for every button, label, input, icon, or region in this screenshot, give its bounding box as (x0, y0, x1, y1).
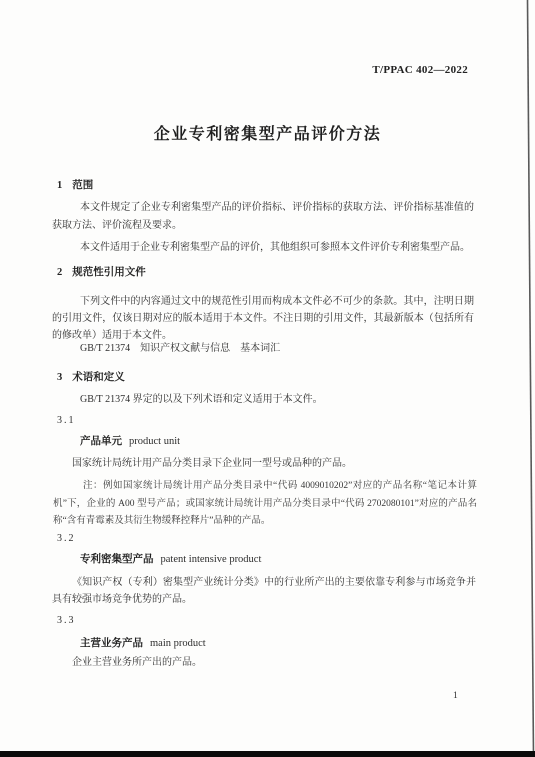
term-3-1-number: 3.1 (57, 415, 76, 426)
page-number: 1 (453, 691, 458, 701)
reference-gbt-21374: GB/T 21374 知识产权文献与信息 基本词汇 (80, 339, 280, 354)
term-3-2-name: 专利密集型产品patent intensive product (80, 551, 261, 566)
term-3-1-definition: 国家统计局统计用产品分类目录下企业同一型号或品种的产品。 (52, 455, 476, 472)
term-3-1-name-en: product unit (129, 436, 180, 447)
section-2-heading: 2规范性引用文件 (57, 264, 146, 279)
term-3-3-number: 3.3 (57, 615, 76, 626)
section-3-number: 3 (57, 372, 62, 383)
terms-intro: GB/T 21374 界定的以及下列术语和定义适用于本文件。 (52, 391, 474, 409)
term-3-2-definition: 《知识产权（专利）密集型产业统计分类》中的行业所产出的主要依靠专利参与市场竞争并… (52, 574, 476, 608)
section-1-heading: 1范围 (57, 177, 93, 192)
scope-paragraph-1: 本文件规定了企业专利密集型产品的评价指标、评价指标的获取方法、评价指标基准值的获… (52, 199, 474, 235)
references-paragraph: 下列文件中的内容通过文中的规范性引用而构成本文件必不可少的条款。其中，注明日期的… (52, 293, 474, 344)
doc-code: T/PPAC 402—2022 (372, 64, 468, 76)
term-3-3-definition: 企业主营业务所产出的产品。 (52, 654, 476, 671)
doc-title: 企业专利密集型产品评价方法 (0, 121, 535, 144)
section-2-title: 规范性引用文件 (72, 267, 146, 278)
section-1-number: 1 (57, 180, 62, 191)
term-3-2-number: 3.2 (57, 533, 76, 544)
term-3-3-name-en: main product (150, 638, 206, 649)
term-3-1-note: 注：例如国家统计局统计用产品分类目录中“代码 4009010202”对应的产品名… (53, 478, 477, 531)
term-3-1-name-zh: 产品单元 (80, 436, 122, 447)
section-3-title: 术语和定义 (72, 372, 125, 383)
term-3-1-name: 产品单元product unit (80, 433, 180, 448)
section-2-number: 2 (57, 267, 62, 278)
term-3-3-name-zh: 主营业务产品 (80, 638, 143, 649)
section-1-title: 范围 (72, 180, 93, 191)
scope-paragraph-2: 本文件适用于企业专利密集型产品的评价，其他组织可参照本文件评价专利密集型产品。 (52, 239, 474, 257)
term-3-2-name-zh: 专利密集型产品 (80, 554, 154, 565)
section-3-heading: 3术语和定义 (57, 369, 125, 384)
scan-bottom-bar (0, 751, 535, 757)
document-page: T/PPAC 402—2022 企业专利密集型产品评价方法 1范围 本文件规定了… (0, 0, 535, 757)
term-3-3-name: 主营业务产品main product (80, 635, 206, 650)
term-3-2-name-en: patent intensive product (161, 554, 262, 565)
